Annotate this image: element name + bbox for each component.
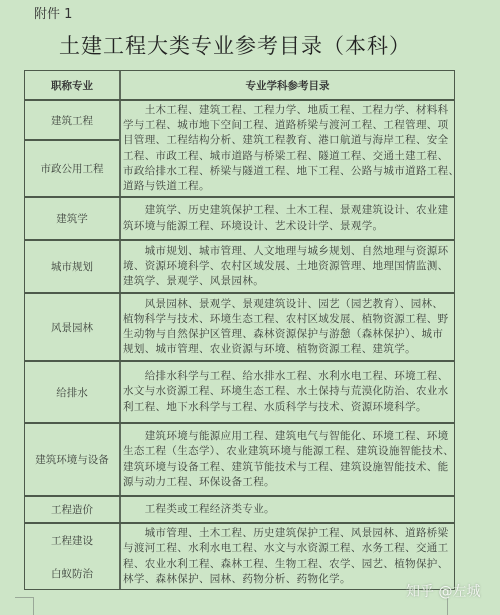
row-label-engineering-cost: 工程造价 [25,496,119,523]
header-left-label: 职称专业 [51,78,93,93]
row-label-termite-control: 工程建设 白蚁防治 [25,523,119,590]
content-line: 市政给排水工程、桥梁与隧道工程、地下工程、公路与城市道路工程、 [123,164,451,179]
row-content-termite-control: 城市管理、土木工程、历史建筑保护工程、风景园林、道路桥梁 与渡河工程、水利水电工… [123,523,451,590]
row-label-text: 白蚁防治 [51,566,93,581]
content-line: 道路与铁道工程。 [123,179,451,194]
content-line: 建筑学、景观学、风景园林。 [123,274,451,289]
row-label-text: 风景园林 [51,320,93,335]
row-content-landscape-architecture: 风景园林、景观学、景观建筑设计、园艺（园艺教育）、园林、 植物科学与技术、环境生… [123,293,451,361]
row-label-municipal-engineering: 市政公用工程 [25,140,119,197]
row-content-architecture: 建筑学、历史建筑保护工程、土木工程、景观建筑设计、农业建 筑环境与能源工程、环境… [123,197,451,240]
row-label-text: 工程造价 [51,502,93,517]
content-line: 与渡河工程、水利水电工程、水文与水资源工程、水务工程、交通工 [123,541,451,556]
content-line: 风景园林、景观学、景观建筑设计、园艺（园艺教育）、园林、 [123,297,451,312]
content-line: 目管理、工程结构分析、建筑工程教育、港口航道与海岸工程、安全 [123,133,451,148]
row-label-landscape-architecture: 风景园林 [25,293,119,361]
content-line: 学与工程、城市地下空间工程、道路桥梁与渡河工程、工程管理、项 [123,118,451,133]
zhihu-watermark: 知乎 @左城 [406,581,480,601]
content-line: 源与动力工程、环保设备工程。 [123,475,451,490]
annex-label: 附件 1 [34,3,72,22]
content-line: 程、农业水利工程、森林工程、生物工程、农学、园艺、植物保护、 [123,557,451,572]
row-content-construction-municipal: 土木工程、建筑工程、工程力学、地质工程、工程力学、材料科 学与工程、城市地下空间… [123,100,451,197]
content-line: 给排水科学与工程、给水排水工程、水利水电工程、环境工程、 [123,369,451,384]
content-line: 工程、市政工程、城市道路与桥梁工程、隧道工程、交通土建工程、 [123,149,451,164]
row-label-text: 城市规划 [51,259,93,274]
content-line: 生动物与自然保护区管理、森林资源保护与游憩（森林保护）、城市 [123,327,451,342]
content-line: 筑环境与能源工程、环境设计、艺术设计学、景观学。 [123,219,451,234]
content-line: 规划、城市管理、农业资源与环境、植物资源工程、建筑学。 [123,342,451,357]
content-line: 建筑环境与能源应用工程、建筑电气与智能化、环境工程、环境 [123,429,451,444]
content-line: 工程类或工程经济类专业。 [123,502,451,517]
row-label-architecture: 建筑学 [25,197,119,240]
header-professional-title: 职称专业 [25,71,119,100]
column-divider [119,71,121,589]
content-line: 生态工程（生态学）、农业建筑环境与能源工程、建筑设施智能技术、 [123,444,451,459]
row-content-urban-planning: 城市规划、城市管理、人文地理与城乡规划、自然地理与资源环 境、资源环境科学、农村… [123,240,451,293]
row-label-text: 建筑学 [56,211,88,226]
row-label-text: 工程建设 [51,533,93,548]
content-line: 水文与水资源工程、环境生态工程、水土保持与荒漠化防治、农业水 [123,384,451,399]
major-reference-table: 职称专业 专业学科参考目录 建筑工程 市政公用工程 土木工程、建筑工程、工程力学… [24,70,455,590]
row-label-water-supply-drainage: 给排水 [25,361,119,423]
content-line: 城市管理、土木工程、历史建筑保护工程、风景园林、道路桥梁 [123,526,451,541]
row-label-construction-engineering: 建筑工程 [25,100,119,140]
row-content-water-supply-drainage: 给排水科学与工程、给水排水工程、水利水电工程、环境工程、 水文与水资源工程、环境… [123,361,451,423]
content-line: 林学、森林保护、园林、药物分析、药物化学。 [123,572,451,587]
row-content-engineering-cost: 工程类或工程经济类专业。 [123,496,451,523]
content-line: 土木工程、建筑工程、工程力学、地质工程、工程力学、材料科 [123,103,451,118]
row-label-urban-planning: 城市规划 [25,240,119,293]
content-line: 城市规划、城市管理、人文地理与城乡规划、自然地理与资源环 [123,244,451,259]
row-label-text: 给排水 [56,385,88,400]
row-label-building-environment-equipment: 建筑环境与设备 [25,423,119,496]
row-label-text: 市政公用工程 [41,161,104,176]
header-right-label: 专业学科参考目录 [246,78,330,93]
row-label-text: 建筑工程 [51,113,93,128]
document-title: 土建工程大类专业参考目录（本科） [0,30,470,60]
header-reference-catalog: 专业学科参考目录 [121,71,454,100]
content-line: 植物科学与技术、环境生态工程、农村区域发展、植物资源工程、野 [123,312,451,327]
content-line: 建筑环境与设备工程、建筑节能技术与工程、建筑设施智能技术、能 [123,460,451,475]
row-content-building-environment-equipment: 建筑环境与能源应用工程、建筑电气与智能化、环境工程、环境 生态工程（生态学）、农… [123,423,451,496]
content-line: 境、资源环境科学、农村区域发展、土地资源管理、地理国情监测、 [123,259,451,274]
row-label-text: 建筑环境与设备 [35,452,109,467]
content-line: 建筑学、历史建筑保护工程、土木工程、景观建筑设计、农业建 [123,203,451,218]
content-line: 利工程、地下水科学与工程、水质科学与技术、资源环境科学。 [123,400,451,415]
page-corner-mark-left [15,597,34,615]
